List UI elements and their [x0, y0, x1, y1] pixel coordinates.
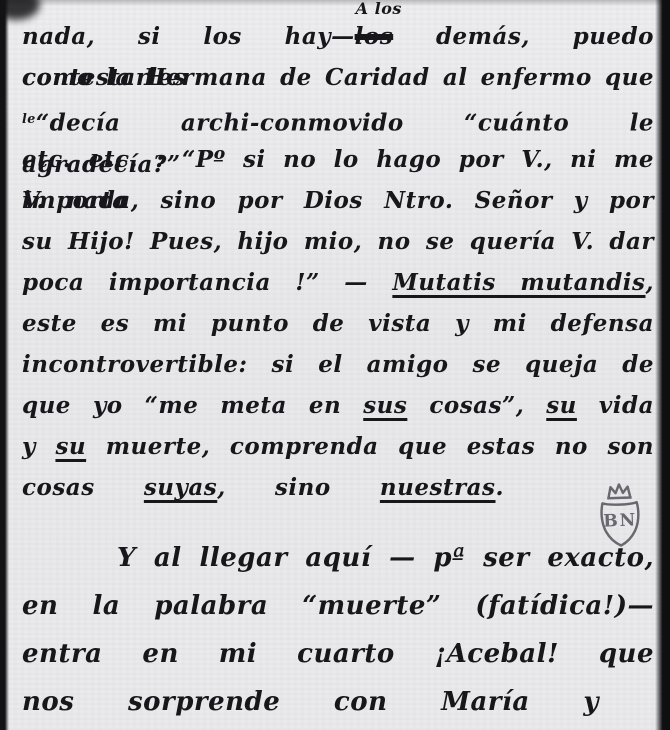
text-segment: Y al llegar aquí — pª ser exacto,: [117, 543, 654, 573]
manuscript-line: nada, si los hay—A loslos demás, puedo c…: [22, 16, 654, 57]
manuscript-line: este es mi punto de vista y mi defensa: [22, 303, 654, 344]
text-segment: poca importancia !” —: [22, 269, 392, 296]
text-segment: Mutatis mutandis: [392, 269, 645, 296]
interline-insertion: A los: [356, 1, 402, 17]
manuscript-line: en la palabra “muerte” (fatídica!)—: [22, 582, 654, 630]
text-segment: entra en mi cuarto ¡Acebal! que: [22, 639, 654, 669]
scan-edge-left: [0, 0, 9, 730]
text-segment: vida: [577, 392, 654, 419]
text-segment: su: [55, 433, 86, 460]
text-segment: , sino: [217, 474, 380, 501]
text-segment: los: [355, 23, 394, 50]
manuscript-line: su Hijo! Pues, hijo mio, no se quería V.…: [22, 221, 654, 262]
text-segment: cosas: [22, 474, 144, 501]
text-segment: muerte, comprenda que estas no son: [86, 433, 654, 460]
text-segment: como la Hermana de Caridad al enfermo qu…: [22, 64, 654, 91]
text-segment: su Hijo! Pues, hijo mio, no se quería V.…: [22, 228, 654, 255]
scan-edge-top: [0, 0, 670, 6]
text-segment: V. nada, sino por Dios Ntro. Señor y por: [22, 187, 654, 214]
manuscript-line: V. nada, sino por Dios Ntro. Señor y por: [22, 180, 654, 221]
manuscript-page: nada, si los hay—A loslos demás, puedo c…: [0, 0, 670, 730]
manuscript-line: que yo “me meta en sus cosas”, su vida: [22, 385, 654, 426]
manuscript-line: cosas suyas, sino nuestras.: [22, 467, 654, 508]
manuscript-line: le“decía archi-conmovido “cuánto le agra…: [22, 98, 654, 139]
correction-group: A loslos: [355, 16, 394, 57]
text-segment: suyas: [144, 474, 217, 501]
text-segment: incontrovertible: si el amigo se queja d…: [22, 351, 654, 378]
text-segment: que yo “me meta en: [22, 392, 363, 419]
text-segment: cosas”,: [407, 392, 546, 419]
text-segment: .: [496, 474, 505, 501]
crown-icon: [607, 484, 632, 498]
text-segment: nada, si los hay—: [22, 23, 355, 50]
text-segment: en la palabra “muerte” (fatídica!)—: [22, 591, 654, 621]
text-segment: este es mi punto de vista y mi defensa: [22, 310, 654, 337]
library-stamp: BN: [590, 481, 650, 549]
manuscript-text: nada, si los hay—A loslos demás, puedo c…: [22, 16, 654, 726]
text-segment: y: [22, 433, 55, 460]
text-segment: le: [22, 111, 36, 126]
text-segment: nuestras: [380, 474, 496, 501]
manuscript-line: nos sorprende con María y: [22, 678, 654, 726]
manuscript-line: y su muerte, comprenda que estas no son: [22, 426, 654, 467]
manuscript-line: como la Hermana de Caridad al enfermo qu…: [22, 57, 654, 98]
text-segment: ,: [645, 269, 654, 296]
text-segment: sus: [363, 392, 407, 419]
text-segment: nos sorprende con María y: [22, 687, 599, 717]
text-segment: su: [546, 392, 577, 419]
manuscript-line: entra en mi cuarto ¡Acebal! que: [22, 630, 654, 678]
manuscript-line: Y al llegar aquí — pª ser exacto,: [22, 534, 654, 582]
manuscript-line: poca importancia !” — Mutatis mutandis,: [22, 262, 654, 303]
stamp-label: BN: [603, 510, 637, 531]
manuscript-line: incontrovertible: si el amigo se queja d…: [22, 344, 654, 385]
manuscript-line: etc. etc. : “Pº si no lo hago por V., ni…: [22, 139, 654, 180]
